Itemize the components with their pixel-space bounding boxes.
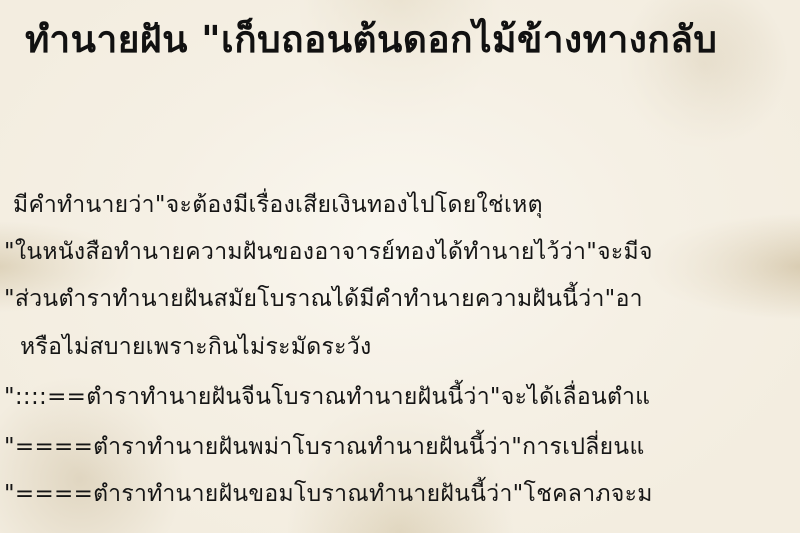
text-line-ancient-text: "ส่วนตำราทำนายฝันสมัยโบราณได้มีคำทำนายคว… [4,286,643,314]
text-line-burmese-text: "====ตำราทำนายฝันพม่าโบราณทำนายฝันนี้ว่า… [4,434,645,462]
text-line-chinese-text: "::::==ตำราทำนายฝันจีนโบราณทำนายฝันนี้ว่… [4,384,650,412]
text-line-intro: มีคำทำนายว่า"จะต้องมีเรื่องเสียเงินทองไป… [13,192,543,220]
text-line-khmer-text: "====ตำราทำนายฝันขอมโบราณทำนายฝันนี้ว่า"… [4,481,653,509]
text-line-ancient-text-cont: หรือไม่สบายเพราะกินไม่ระมัดระวัง [20,334,372,362]
page-title: ทำนายฝัน "เก็บถอนต้นดอกไม้ข้างทางกลับ [25,18,717,62]
text-line-teacher-thong: "ในหนังสือทำนายความฝันของอาจารย์ทองได้ทำ… [4,239,653,267]
parchment-page: ทำนายฝัน "เก็บถอนต้นดอกไม้ข้างทางกลับ มี… [0,0,800,533]
